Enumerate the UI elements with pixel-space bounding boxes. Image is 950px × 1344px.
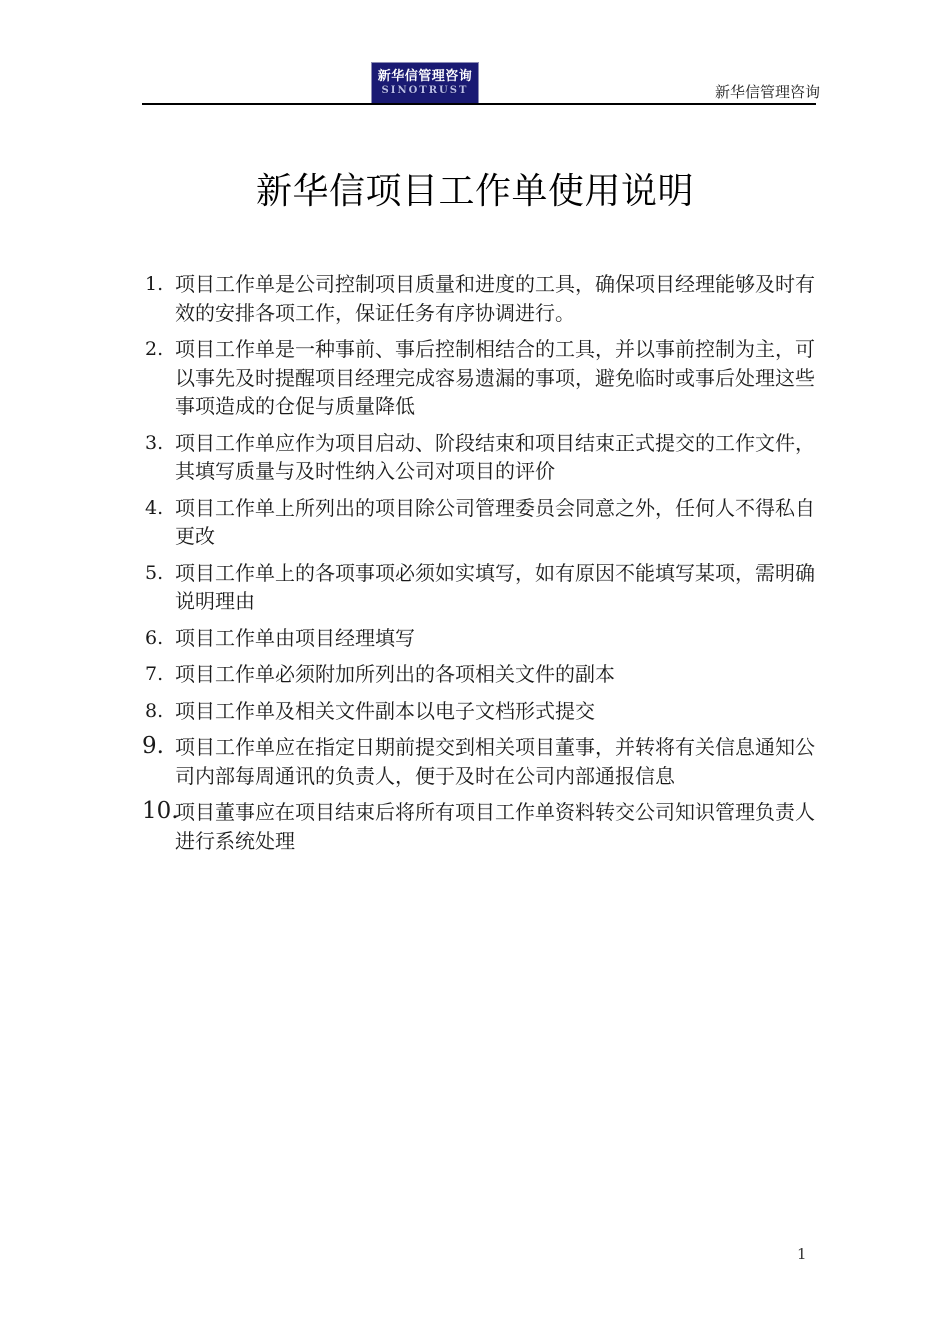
logo-text-chinese: 新华信管理咨询 [372, 69, 478, 85]
list-item-text: 项目工作单是一种事前、事后控制相结合的工具，并以事前控制为主，可以事先及时提醒项… [175, 335, 815, 421]
list-item-number: 1. [145, 270, 163, 299]
list-item-text: 项目工作单上所列出的项目除公司管理委员会同意之外，任何人不得私自更改 [175, 494, 815, 551]
list-item-text: 项目工作单由项目经理填写 [175, 624, 815, 653]
list-item-text: 项目工作单上的各项事项必须如实填写，如有原因不能填写某项，需明确说明理由 [175, 559, 815, 616]
list-item: 7. 项目工作单必须附加所列出的各项相关文件的副本 [145, 660, 815, 689]
list-item-number: 5. [145, 559, 163, 588]
page-title: 新华信项目工作单使用说明 [0, 163, 950, 214]
company-logo: 新华信管理咨询 SINOTRUST [371, 62, 479, 105]
list-item: 8. 项目工作单及相关文件副本以电子文档形式提交 [145, 697, 815, 726]
list-item: 4. 项目工作单上所列出的项目除公司管理委员会同意之外，任何人不得私自更改 [145, 494, 815, 551]
list-item-text: 项目工作单是公司控制项目质量和进度的工具，确保项目经理能够及时有效的安排各项工作… [175, 270, 815, 327]
list-item-number: 8. [145, 697, 163, 726]
list-item-number: 3. [145, 429, 163, 458]
list-item-number: 6. [145, 624, 163, 653]
list-item-text: 项目工作单应作为项目启动、阶段结束和项目结束正式提交的工作文件，其填写质量与及时… [175, 429, 815, 486]
list-item: 3. 项目工作单应作为项目启动、阶段结束和项目结束正式提交的工作文件，其填写质量… [145, 429, 815, 486]
instruction-list: 1. 项目工作单是公司控制项目质量和进度的工具，确保项目经理能够及时有效的安排各… [145, 270, 815, 863]
header-company-name: 新华信管理咨询 [715, 81, 820, 102]
list-item-number: 10. [142, 798, 179, 825]
list-item: 6. 项目工作单由项目经理填写 [145, 624, 815, 653]
list-item: 10. 项目董事应在项目结束后将所有项目工作单资料转交公司知识管理负责人进行系统… [145, 798, 815, 855]
list-item-text: 项目董事应在项目结束后将所有项目工作单资料转交公司知识管理负责人进行系统处理 [175, 798, 815, 855]
list-item-text: 项目工作单及相关文件副本以电子文档形式提交 [175, 697, 815, 726]
list-item-number: 7. [145, 660, 163, 689]
list-item-number: 4. [145, 494, 163, 523]
logo-text-sinotrust: SINOTRUST [372, 85, 478, 98]
document-page: 新华信管理咨询 SINOTRUST 新华信管理咨询 新华信项目工作单使用说明 1… [0, 0, 950, 1344]
list-item-text: 项目工作单必须附加所列出的各项相关文件的副本 [175, 660, 815, 689]
list-item: 2. 项目工作单是一种事前、事后控制相结合的工具，并以事前控制为主，可以事先及时… [145, 335, 815, 421]
list-item-text: 项目工作单应在指定日期前提交到相关项目董事，并转将有关信息通知公司内部每周通讯的… [175, 733, 815, 790]
list-item: 1. 项目工作单是公司控制项目质量和进度的工具，确保项目经理能够及时有效的安排各… [145, 270, 815, 327]
list-item: 5. 项目工作单上的各项事项必须如实填写，如有原因不能填写某项，需明确说明理由 [145, 559, 815, 616]
list-item-number: 2. [145, 335, 163, 364]
header-divider [142, 103, 816, 105]
list-item-number: 9. [142, 733, 164, 760]
page-number: 1 [797, 1245, 807, 1263]
list-item: 9. 项目工作单应在指定日期前提交到相关项目董事，并转将有关信息通知公司内部每周… [145, 733, 815, 790]
